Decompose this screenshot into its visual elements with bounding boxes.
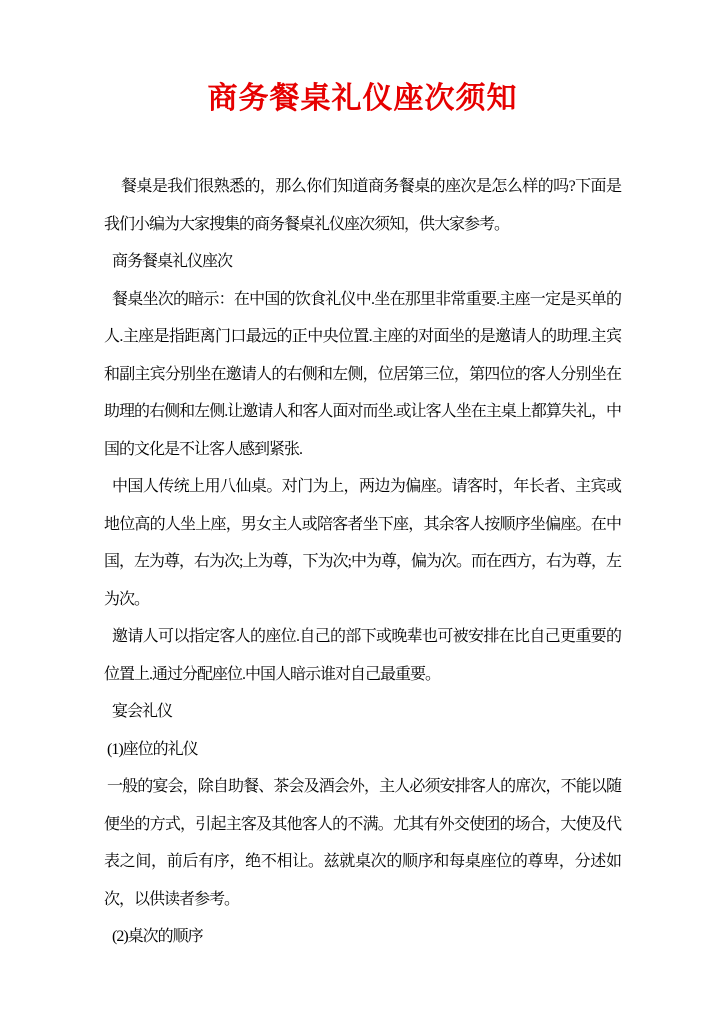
document-page: 商务餐桌礼仪座次须知 餐桌是我们很熟悉的，那么你们知道商务餐桌的座次是怎么样的吗… — [0, 0, 721, 1020]
document-title: 商务餐桌礼仪座次须知 — [104, 75, 621, 123]
document-body: 餐桌是我们很熟悉的，那么你们知道商务餐桌的座次是怎么样的吗?下面是我们小编为大家… — [104, 168, 621, 956]
paragraph-host-assigns-seats: 邀请人可以指定客人的座位.自己的部下或晚辈也可被安排在比自己更重要的位置上.通过… — [104, 618, 621, 693]
heading-table-order: (2)桌次的顺序 — [104, 918, 621, 956]
heading-seat-etiquette: (1)座位的礼仪 — [104, 731, 621, 769]
paragraph-banquet-seating: 一般的宴会，除自助餐、茶会及酒会外，主人必须安排客人的席次，不能以随便坐的方式，… — [104, 768, 621, 918]
heading-business-table-seating: 商务餐桌礼仪座次 — [104, 243, 621, 281]
paragraph-eight-immortals-table: 中国人传统上用八仙桌。对门为上，两边为偏座。请客时，年长者、主宾或地位高的人坐上… — [104, 468, 621, 618]
intro-paragraph: 餐桌是我们很熟悉的，那么你们知道商务餐桌的座次是怎么样的吗?下面是我们小编为大家… — [104, 168, 621, 243]
heading-banquet-etiquette: 宴会礼仪 — [104, 693, 621, 731]
paragraph-seating-hint: 餐桌坐次的暗示：在中国的饮食礼仪中.坐在那里非常重要.主座一定是买单的人.主座是… — [104, 281, 621, 469]
